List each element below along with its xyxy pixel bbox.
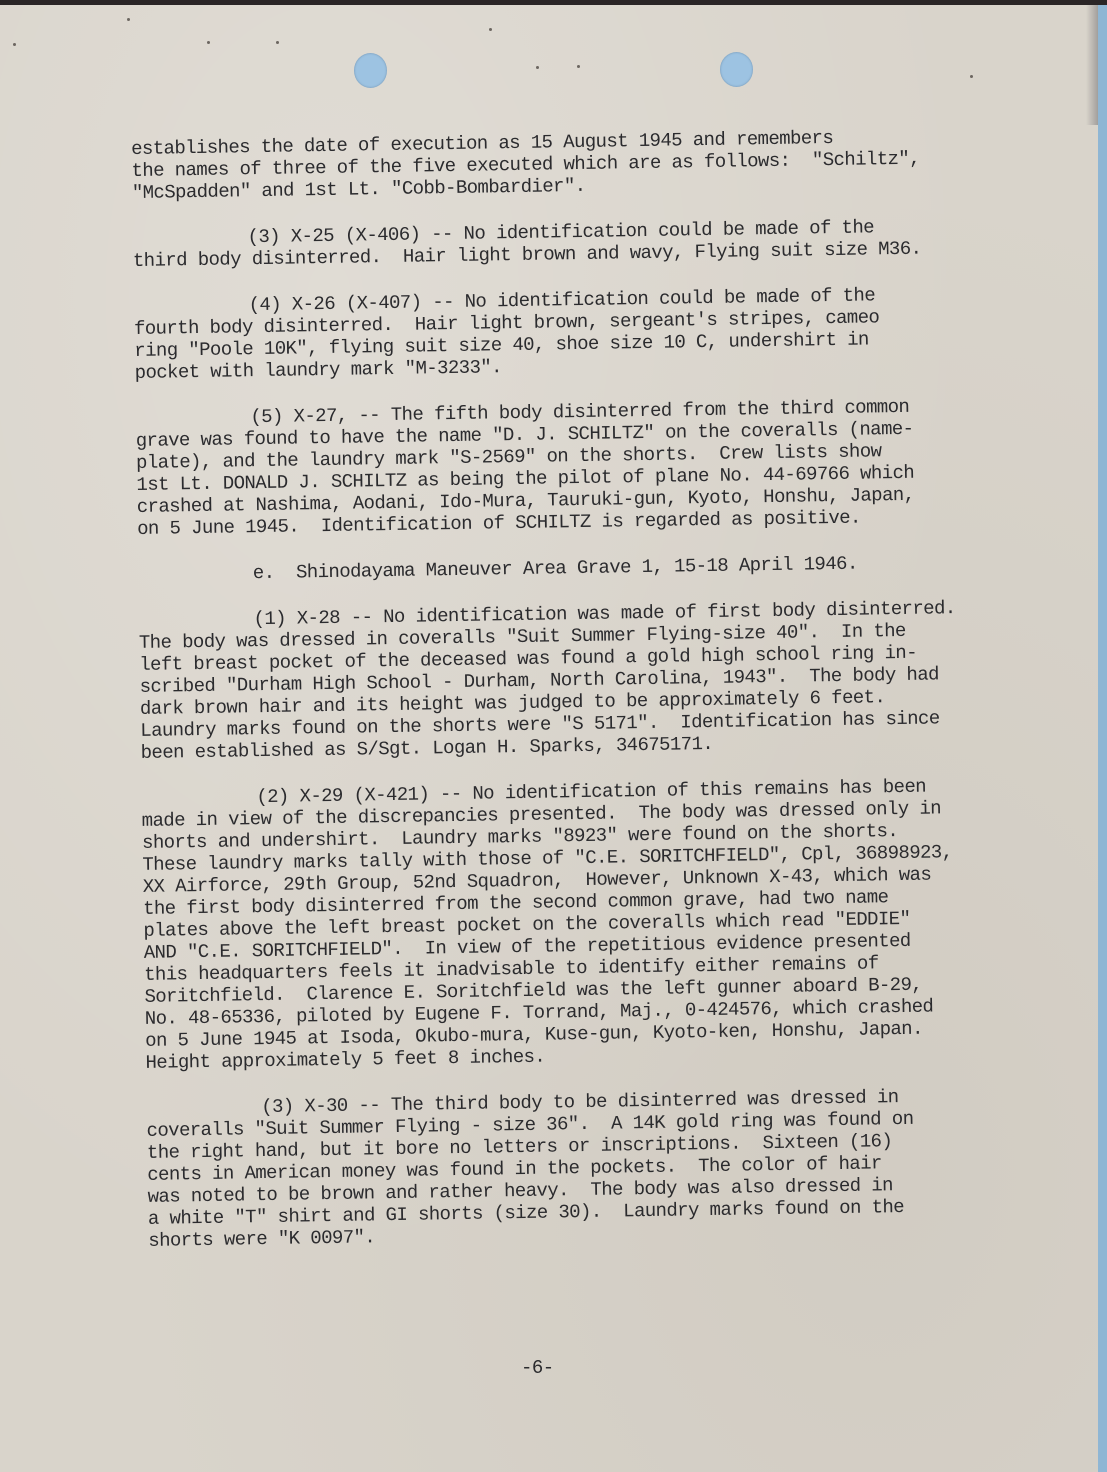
paper-speck [13, 43, 16, 46]
paper-speck [207, 41, 210, 44]
paragraph-item-5-x27: (5) X-27, -- The fifth body disinterred … [135, 394, 1037, 540]
page-edge-shadow [1086, 5, 1098, 125]
paper-speck [489, 28, 492, 31]
paper-speck [577, 65, 580, 68]
paragraph-item-4-x26: (4) X-26 (X-407) -- No identification co… [133, 282, 1034, 384]
paper-speck [127, 18, 130, 21]
typewritten-body: establishes the date of execution as 15 … [131, 124, 1048, 1252]
paper-speck [970, 75, 973, 78]
paragraph-item-1-x28: (1) X-28 -- No identification was made o… [138, 596, 1040, 764]
document-page: establishes the date of execution as 15 … [0, 0, 1098, 1472]
punch-hole-left [354, 53, 387, 88]
paper-speck [276, 41, 279, 44]
scan-top-edge [0, 0, 1107, 5]
page-number: -6- [521, 1357, 554, 1379]
punch-hole-right [720, 52, 753, 87]
paragraph-item-3-x30: (3) X-30 -- The third body to be disinte… [146, 1084, 1048, 1252]
paragraph-item-2-x29: (2) X-29 (X-421) -- No identification of… [141, 774, 1045, 1074]
paper-speck [536, 66, 539, 69]
